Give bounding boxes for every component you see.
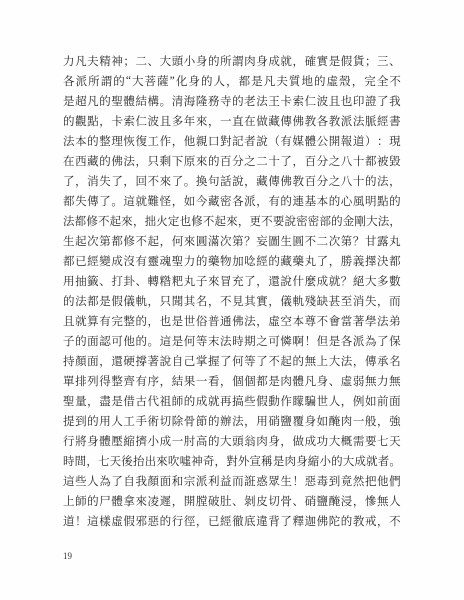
text-line: 這些人為了自我顏面和宗派利益而誑惑眾生！惡毒到竟然把他們 (63, 471, 401, 491)
text-line: 力凡夫精神；二、大頭小身的所謂肉身成就，確實是假貨；三、 (63, 51, 401, 71)
text-line: 單排列得整齊有序，結果一看，個個都是肉體凡身、虛弱無力無 (63, 371, 401, 391)
document-page: 力凡夫精神；二、大頭小身的所謂肉身成就，確實是假貨；三、各派所謂的“大菩薩”化身… (0, 0, 464, 600)
text-line: 且就算有完整的，也是世俗普通佛法，虛空本尊不會當著學法弟 (63, 311, 401, 331)
text-line: 時間，七天後抬出來吹噓神奇，對外宣稱是肉身縮小的大成就者。 (63, 451, 401, 471)
text-line: 上師的尸體拿來凌遲，開膛破肚、剝皮切骨、硝鹽醃浸，慘無人 (63, 491, 401, 511)
text-line: 的觀點，卡索仁波且多年來，一直在做藏傳佛教各教派法脈經書 (63, 111, 401, 131)
text-line: 子的面認可他的。這是何等末法時期之可憐啊！但是各派為了保 (63, 331, 401, 351)
text-line: 都失傳了。這就難怪，如今藏密各派，有的連基本的心風明點的 (63, 191, 401, 211)
text-line: 聖量，盡是借古代祖師的成就再搞些假動作矇騙世人，例如前面 (63, 391, 401, 411)
page-number: 19 (63, 551, 72, 561)
text-line: 用抽籤、打卦、轉糌粑丸子來冒充了，還說什麼成就？絕大多數 (63, 271, 401, 291)
text-line: 是超凡的聖體結構。清海隆務寺的老法王卡索仁波且也印證了我 (63, 91, 401, 111)
text-line: 都已經變成沒有靈魂聖力的藥物加唸經的藏藥丸了，勝義擇決都 (63, 251, 401, 271)
text-line: 各派所謂的“大菩薩”化身的人，都是凡夫質地的虛殼，完全不 (63, 71, 401, 91)
text-line: 的法都是假儀軌，只聞其名，不見其實，儀軌殘缺甚至消失，而 (63, 291, 401, 311)
text-line: 在西藏的佛法，只剩下原來的百分之二十了，百分之八十都被毀 (63, 151, 401, 171)
body-text: 力凡夫精神；二、大頭小身的所謂肉身成就，確實是假貨；三、各派所謂的“大菩薩”化身… (63, 51, 401, 531)
text-line: 生起次第都修不起，何來圓滿次第？妄圖生圓不二次第？甘露丸 (63, 231, 401, 251)
text-line: 法都修不起來，拙火定也修不起來，更不要說密密部的金剛大法， (63, 211, 401, 231)
text-line: 道！這樣虛假邪惡的行徑，已經徹底違背了釋迦佛陀的教戒，不 (63, 511, 401, 531)
text-line: 持顏面，還硬撐著說自己掌握了何等了不起的無上大法，傳承名 (63, 351, 401, 371)
text-line: 提到的用人工手術切除骨節的辦法，用硝鹽覆身如醃肉一般，強 (63, 411, 401, 431)
text-line: 了，消失了，回不來了。換句話說，藏傳佛教百分之八十的法， (63, 171, 401, 191)
text-line: 行將身體壓縮擠小成一肘高的大頭翁肉身，做成功大概需要七天 (63, 431, 401, 451)
text-line: 法本的整理恢復工作，他親口對記者說（有媒體公開報道）：現 (63, 131, 401, 151)
